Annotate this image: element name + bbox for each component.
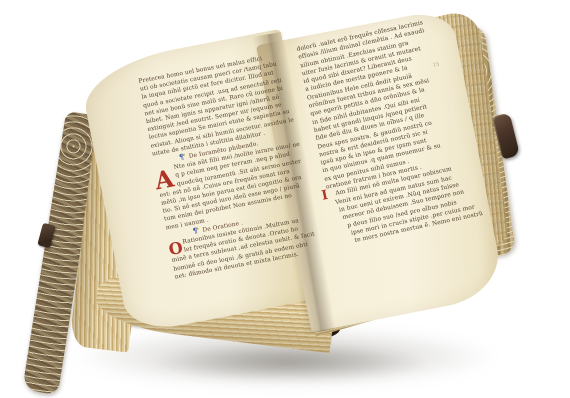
book-photograph: Preterea homo uel bonus uel malus effici… [0, 0, 570, 398]
paraph-mark-icon: ¶ [192, 226, 199, 235]
paraph-mark-icon: ¶ [179, 153, 186, 162]
contact-shadow [150, 344, 430, 382]
